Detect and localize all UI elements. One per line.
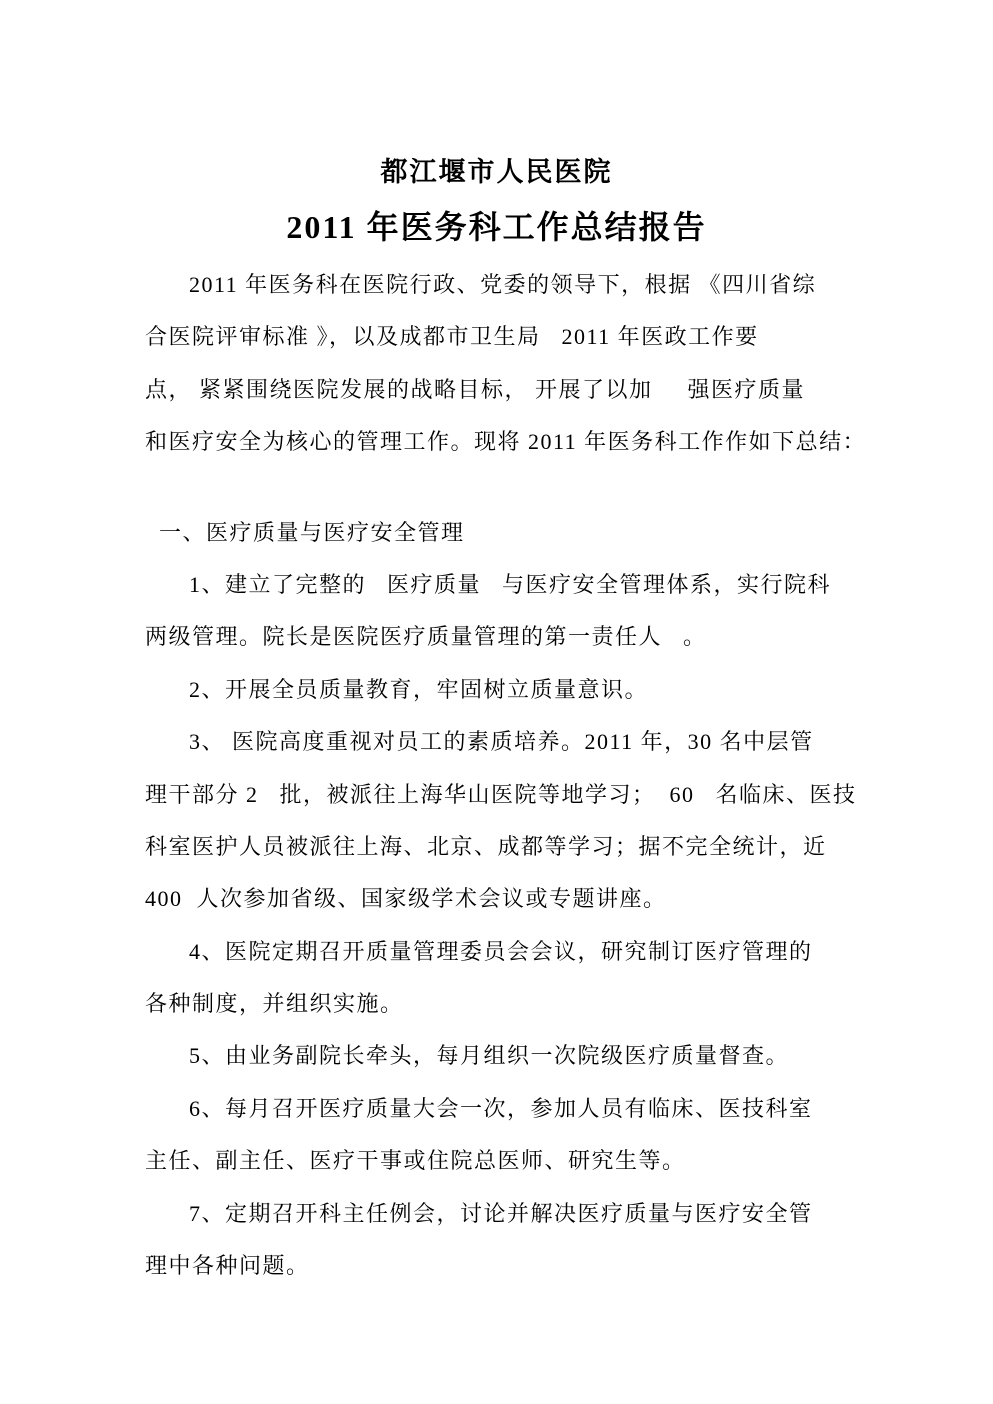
section-heading: 一、医疗质量与医疗安全管理 — [145, 510, 860, 562]
text-line: 2011 年医务科在医院行政、党委的领导下，根据 《四川省综 — [145, 262, 860, 314]
text-line: 理中各种问题。 — [145, 1243, 860, 1295]
text-line: 两级管理。院长是医院医疗质量管理的第一责任人 。 — [145, 614, 860, 666]
document-page: 都江堰市人民医院 2011 年医务科工作总结报告 2011 年医务科在医院行政、… — [0, 0, 993, 1404]
document-title: 都江堰市人民医院 — [0, 150, 993, 189]
text-line: 理干部分 2 批，被派往上海华山医院等地学习； 60 名临床、医技 — [145, 772, 860, 824]
text-line: 3、 医院高度重视对员工的素质培养。2011 年，30 名中层管 — [145, 719, 860, 771]
document-subtitle: 2011 年医务科工作总结报告 — [0, 202, 993, 248]
text-line: 科室医护人员被派往上海、北京、成都等学习；据不完全统计，近 — [145, 824, 860, 876]
text-line: 各种制度，并组织实施。 — [145, 981, 860, 1033]
text-line: 和医疗安全为核心的管理工作。现将 2011 年医务科工作作如下总结： — [145, 419, 860, 471]
text-line: 2、开展全员质量教育，牢固树立质量意识。 — [145, 667, 860, 719]
text-line: 点， 紧紧围绕医院发展的战略目标， 开展了以加 强医疗质量 — [145, 367, 860, 419]
text-line: 合医院评审标准 》，以及成都市卫生局 2011 年医政工作要 — [145, 314, 860, 366]
document-body: 2011 年医务科在医院行政、党委的领导下，根据 《四川省综合医院评审标准 》，… — [145, 262, 860, 1295]
text-line: 主任、副主任、医疗干事或住院总医师、研究生等。 — [145, 1138, 860, 1190]
text-line: 5、由业务副院长牵头，每月组织一次院级医疗质量督查。 — [145, 1033, 860, 1085]
text-line: 4、医院定期召开质量管理委员会会议，研究制订医疗管理的 — [145, 929, 860, 981]
text-line: 1、建立了完整的 医疗质量 与医疗安全管理体系，实行院科 — [145, 562, 860, 614]
text-line: 400 人次参加省级、国家级学术会议或专题讲座。 — [145, 876, 860, 928]
text-line: 7、定期召开科主任例会，讨论并解决医疗质量与医疗安全管 — [145, 1191, 860, 1243]
text-line: 6、每月召开医疗质量大会一次，参加人员有临床、医技科室 — [145, 1086, 860, 1138]
